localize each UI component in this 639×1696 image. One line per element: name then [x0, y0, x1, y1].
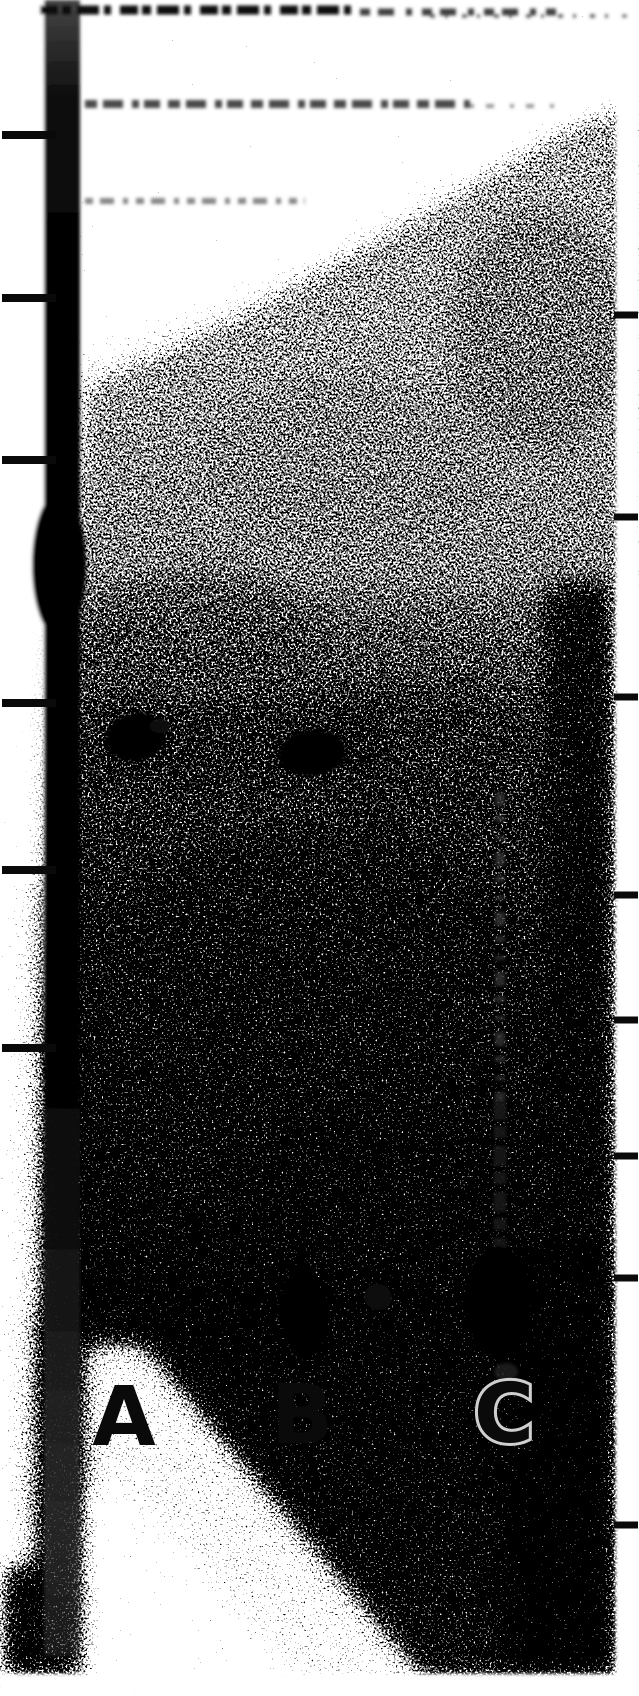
ruler-tick	[614, 1522, 638, 1529]
ruler-tick	[2, 866, 56, 874]
edge-band-blob	[32, 493, 86, 637]
lane-c-label: C	[474, 1367, 534, 1462]
ruler-tick	[2, 699, 56, 707]
right-margin-white	[616, 0, 639, 1678]
mottle-patch	[200, 375, 500, 545]
ruler-tick	[614, 1153, 638, 1160]
mottle-patch	[450, 210, 630, 450]
tlc-plate-scan-image: A B C	[0, 0, 639, 1696]
right-column-shade	[548, 585, 618, 1245]
ruler-tick	[614, 514, 638, 521]
ruler-tick	[614, 892, 638, 899]
ruler-tick	[614, 312, 638, 319]
ruler-tick	[614, 1017, 638, 1024]
lane-a-spot-tail	[150, 719, 170, 733]
bottom-left-dark-block	[0, 1565, 30, 1680]
lane-b-label: B	[271, 1368, 334, 1463]
ruler-tick	[2, 131, 56, 139]
bottom-margin-white	[0, 1674, 639, 1696]
tlc-plate-scan-page: A B C	[0, 0, 639, 1696]
left-margin-fade-3	[0, 1310, 34, 1570]
lane-a-label: A	[92, 1370, 156, 1465]
ruler-tick	[2, 294, 56, 302]
ruler-tick	[614, 694, 638, 701]
plate-left-edge-band	[44, 0, 80, 1656]
ruler-tick	[2, 1044, 56, 1052]
mottle-patch	[130, 830, 510, 1050]
lane-c-origin-spot	[464, 1246, 532, 1358]
ruler-tick	[2, 456, 56, 464]
mottle-patch	[80, 570, 320, 710]
ruler-tick	[614, 1275, 638, 1282]
